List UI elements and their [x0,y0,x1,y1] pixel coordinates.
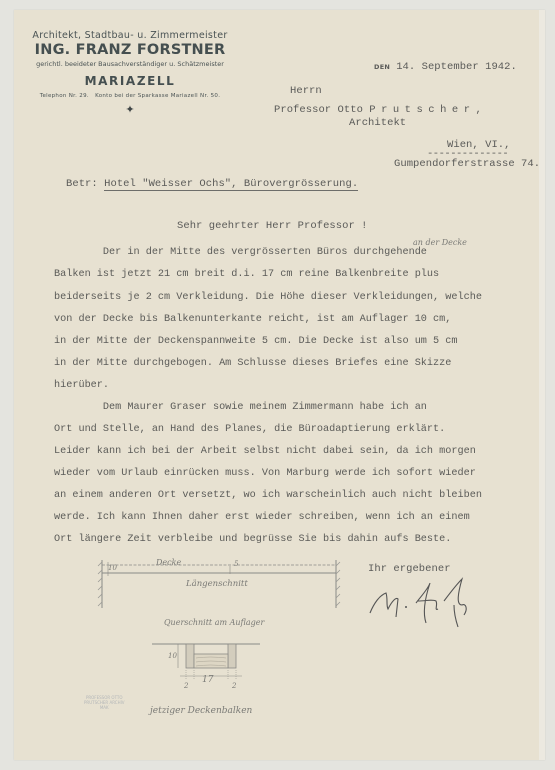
sketch-dim-right-2: 2 [232,682,236,690]
body-line: Leider kann ich bei der Arbeit selbst ni… [54,446,476,457]
letterhead-profession: Architekt, Stadtbau- u. Zimmermeister [20,30,240,41]
recipient-surname: Prutscher, [369,104,487,116]
date-value: 14. September 1942. [396,61,517,73]
body-line: Dem Maurer Graser sowie meinem Zimmerman… [54,402,427,413]
recipient-title: Architekt [349,117,406,129]
closing-text: Ihr ergebener [368,563,451,575]
sketch-caption-long: Längenschnitt [186,579,248,589]
body-line: hierüber. [54,380,109,391]
subject-text: Hotel "Weisser Ochs", Bürovergrösserung. [104,178,358,191]
body-line: an einem anderen Ort versetzt, wo ich wa… [54,490,482,501]
letterhead-contact: Telephon Nr. 29. Konto bei der Sparkasse… [20,93,240,99]
sketch-dim-left-2: 2 [184,682,188,690]
date-label: DEN [374,63,390,71]
sketch-label-decke: Decke [156,558,181,567]
paper-edge [539,10,545,760]
ornament-icon: ✦ [20,103,240,116]
letterhead-city: MARIAZELL [20,74,240,88]
body-line: beiderseits je 2 cm Verkleidung. Die Höh… [54,292,482,303]
body-line: Balken ist jetzt 21 cm breit d.i. 17 cm … [54,269,439,280]
sketch-title-cross: Querschnitt am Auflager [164,618,264,627]
body-line: wieder vom Urlaub einrücken muss. Von Ma… [54,468,476,479]
letterhead-name: ING. FRANZ FORSTNER [20,42,240,58]
archive-stamp: PROFESSOR OTTO PRUTSCHER ARCHIV MAK [84,695,125,710]
recipient-salutation: Herrn [290,85,322,97]
signature [366,575,476,630]
subject-line: Betr: Hotel "Weisser Ochs", Bürovergröss… [66,178,358,190]
recipient-name: Professor Otto Prutscher, [274,104,487,116]
greeting: Sehr geehrter Herr Professor ! [177,220,368,232]
sketch-dim-17: 17 [202,675,213,685]
sketch-dim-mid: 5 [234,560,238,568]
body-line: werde. Ich kann Ihnen daher erst wieder … [54,512,470,523]
recipient-street: Gumpendorferstrasse 74. [394,158,540,170]
letterhead: Architekt, Stadtbau- u. Zimmermeister IN… [20,30,240,116]
sketch-dim-height: 10 [168,652,177,660]
subject-label: Betr: [66,178,98,190]
body-line: in der Mitte durchgebogen. Am Schlusse d… [54,358,451,369]
body-line: von der Decke bis Balkenunterkante reich… [54,314,451,325]
body-line: Der in der Mitte des vergrösserten Büros… [54,247,427,258]
body-line: in der Mitte der Deckenspannweite 5 cm. … [54,336,458,347]
letterhead-credentials: gerichtl. beeideter Bausachverständiger … [20,60,240,68]
date-line: DEN14. September 1942. [374,61,517,73]
sketch-dim-left: 10 [108,564,117,572]
body-line: Ort und Stelle, an Hand des Planes, die … [54,424,445,435]
body-line: Ort längere Zeit verbleibe und begrüsse … [54,534,451,545]
sketch-caption-cross: jetziger Deckenbalken [150,706,252,716]
handwritten-annotation: an der Decke [413,238,467,247]
